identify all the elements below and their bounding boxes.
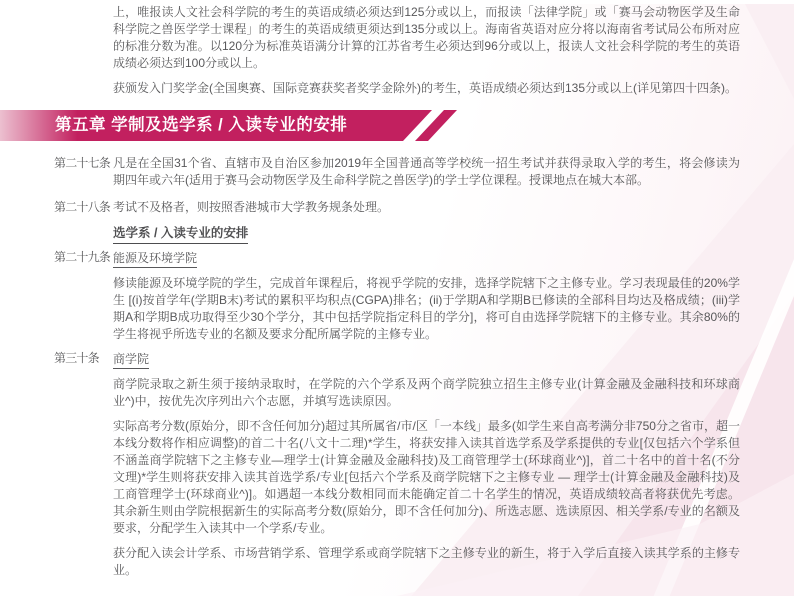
- article-number: 第二十八条: [54, 199, 113, 216]
- document-page: 上，唯报读人文社会科学院的考生的英语成绩必须达到125分或以上，而报读「法律学院…: [0, 4, 794, 596]
- chapter-banner: 第五章 学制及选学系 / 入读专业的安排: [0, 110, 460, 141]
- article-number: 第三十条: [54, 350, 113, 367]
- section-heading-row: 选学系 / 入读专业的安排: [113, 224, 740, 244]
- article-number: 第二十九条: [54, 249, 113, 266]
- intro-paragraph: 获颁发入门奖学金(全国奥赛、国际竞赛获奖者奖学金除外)的考生，英语成绩必须达到1…: [113, 80, 740, 97]
- article-29: 第二十九条 能源及环境学院 修读能源及环境学院的学生，完成首年课程后，将视乎学院…: [54, 249, 740, 343]
- article-paragraph: 考试不及格者，则按照香港城市大学教务规条处理。: [113, 199, 740, 216]
- section-heading: 选学系 / 入读专业的安排: [113, 226, 248, 244]
- page-content: 上，唯报读人文社会科学院的考生的英语成绩必须达到125分或以上，而报读「法律学院…: [0, 4, 794, 579]
- article-paragraph: 修读能源及环境学院的学生，完成首年课程后，将视乎学院的安排，选择学院辖下之主修专…: [113, 275, 740, 343]
- article-paragraph: 获分配入读会计学系、市场营销学系、管理学系或商学院辖下之主修专业的新生，将于入学…: [113, 545, 740, 579]
- article-paragraph: 商学院录取之新生须于接纳录取时，在学院的六个学系及两个商学院独立招生主修专业(计…: [113, 376, 740, 410]
- department-name: 商学院: [113, 352, 149, 369]
- intro-block: 上，唯报读人文社会科学院的考生的英语成绩必须达到125分或以上，而报读「法律学院…: [113, 4, 740, 97]
- intro-paragraph: 上，唯报读人文社会科学院的考生的英语成绩必须达到125分或以上，而报读「法律学院…: [113, 4, 740, 72]
- chapter-title: 第五章 学制及选学系 / 入读专业的安排: [55, 110, 347, 141]
- article-30: 第三十条 商学院 商学院录取之新生须于接纳录取时，在学院的六个学系及两个商学院独…: [54, 350, 740, 579]
- article-number: 第二十七条: [54, 155, 113, 172]
- article-paragraph: 实际高考分数(原始分，即不含任何加分)超过其所属省/市/区「一本线」最多(如学生…: [113, 418, 740, 537]
- department-name: 能源及环境学院: [113, 251, 197, 268]
- article-28: 第二十八条 考试不及格者，则按照香港城市大学教务规条处理。: [54, 199, 740, 216]
- article-27: 第二十七条 凡是在全国31个省、直辖市及自治区参加2019年全国普通高等学校统一…: [54, 155, 740, 189]
- article-paragraph: 凡是在全国31个省、直辖市及自治区参加2019年全国普通高等学校统一招生考试并获…: [113, 155, 740, 189]
